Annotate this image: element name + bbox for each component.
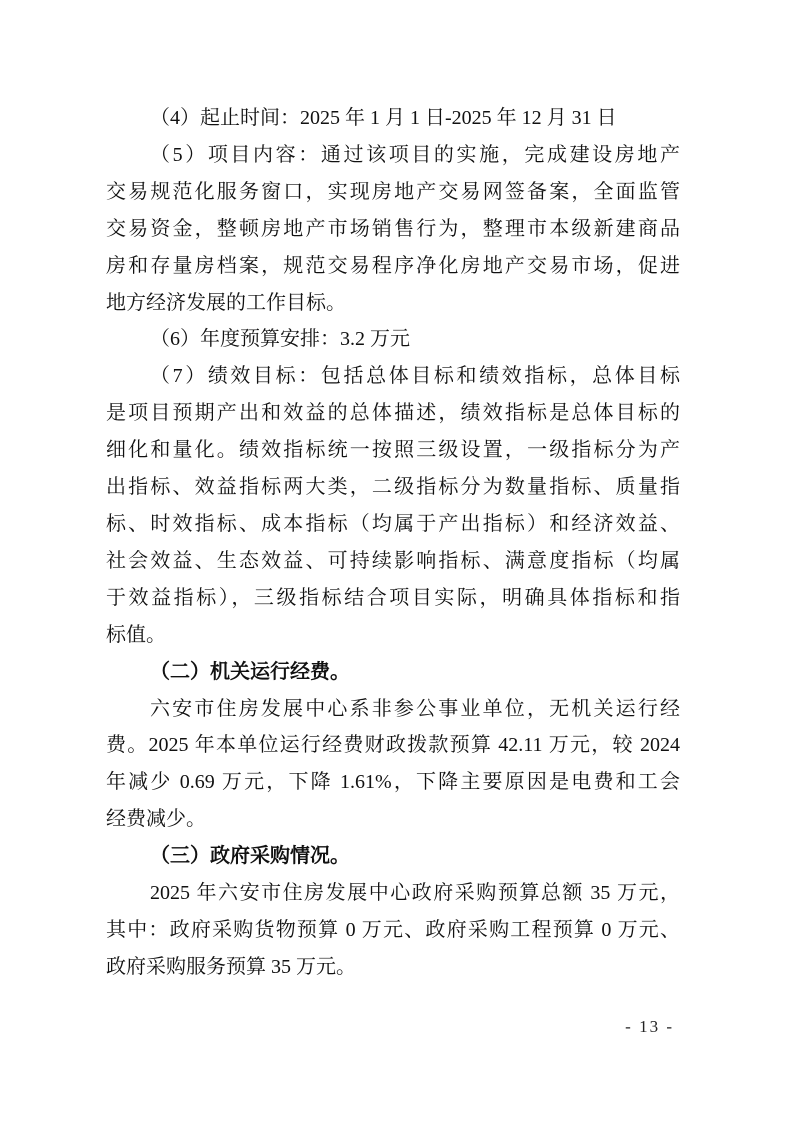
text-line: （7）绩效目标：包括总体目标和绩效指标，总体目标	[106, 358, 680, 395]
body-paragraph: （4）起止时间：2025 年 1 月 1 日-2025 年 12 月 31 日	[106, 100, 680, 137]
section-heading: （二）机关运行经费。	[106, 654, 680, 691]
text-line: 六安市住房发展中心系非参公事业单位，无机关运行经	[106, 691, 680, 728]
body-paragraph: （6）年度预算安排：3.2 万元	[106, 321, 680, 358]
text-line: （6）年度预算安排：3.2 万元	[106, 321, 680, 358]
text-line: （5）项目内容：通过该项目的实施，完成建设房地产	[106, 137, 680, 174]
body-paragraph: 六安市住房发展中心系非参公事业单位，无机关运行经费。2025 年本单位运行经费财…	[106, 691, 680, 839]
text-line: 标、时效指标、成本指标（均属于产出指标）和经济效益、	[106, 506, 680, 543]
section-heading-paragraph: （三）政府采购情况。	[106, 838, 680, 875]
text-line: 政府采购服务预算 35 万元。	[106, 949, 680, 986]
document-body: （4）起止时间：2025 年 1 月 1 日-2025 年 12 月 31 日（…	[106, 100, 680, 986]
text-line: 其中：政府采购货物预算 0 万元、政府采购工程预算 0 万元、	[106, 912, 680, 949]
page-number: - 13 -	[106, 1017, 680, 1037]
text-line: 社会效益、生态效益、可持续影响指标、满意度指标（均属	[106, 543, 680, 580]
text-line: 出指标、效益指标两大类，二级指标分为数量指标、质量指	[106, 469, 680, 506]
text-line: 细化和量化。绩效指标统一按照三级设置，一级指标分为产	[106, 432, 680, 469]
text-line: 经费减少。	[106, 801, 680, 838]
text-line: 2025 年六安市住房发展中心政府采购预算总额 35 万元，	[106, 875, 680, 912]
text-line: 是项目预期产出和效益的总体描述，绩效指标是总体目标的	[106, 395, 680, 432]
text-line: 标值。	[106, 617, 680, 654]
section-heading-paragraph: （二）机关运行经费。	[106, 654, 680, 691]
body-paragraph: （7）绩效目标：包括总体目标和绩效指标，总体目标是项目预期产出和效益的总体描述，…	[106, 358, 680, 653]
document-page: （4）起止时间：2025 年 1 月 1 日-2025 年 12 月 31 日（…	[0, 0, 793, 1122]
text-line: 地方经济发展的工作目标。	[106, 285, 680, 322]
text-line: 房和存量房档案，规范交易程序净化房地产交易市场，促进	[106, 248, 680, 285]
text-line: 于效益指标），三级指标结合项目实际，明确具体指标和指	[106, 580, 680, 617]
section-heading: （三）政府采购情况。	[106, 838, 680, 875]
body-paragraph: 2025 年六安市住房发展中心政府采购预算总额 35 万元，其中：政府采购货物预…	[106, 875, 680, 986]
body-paragraph: （5）项目内容：通过该项目的实施，完成建设房地产交易规范化服务窗口，实现房地产交…	[106, 137, 680, 322]
text-line: 交易资金，整顿房地产市场销售行为，整理市本级新建商品	[106, 211, 680, 248]
text-line: 交易规范化服务窗口，实现房地产交易网签备案，全面监管	[106, 174, 680, 211]
text-line: （4）起止时间：2025 年 1 月 1 日-2025 年 12 月 31 日	[106, 100, 680, 137]
text-line: 费。2025 年本单位运行经费财政拨款预算 42.11 万元，较 2024	[106, 727, 680, 764]
text-line: 年减少 0.69 万元，下降 1.61%，下降主要原因是电费和工会	[106, 764, 680, 801]
